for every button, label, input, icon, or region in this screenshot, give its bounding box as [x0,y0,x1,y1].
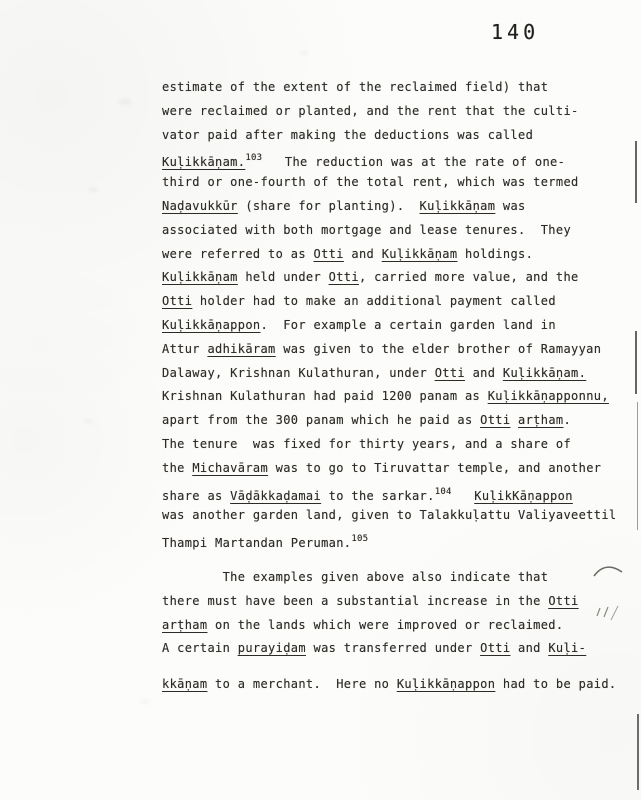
text-run: share as [162,489,230,503]
text-run: had to be paid. [495,677,616,691]
text-line: The examples given above also indicate t… [162,566,617,590]
text-line: were reclaimed or planted, and the rent … [162,100,617,124]
scan-edge-line [637,402,638,530]
text-line: the Michavāram was to go to Tiruvattar t… [162,457,617,481]
scan-smudge [88,188,98,191]
text-line: estimate of the extent of the reclaimed … [162,76,617,100]
text-run: Thampi Martandan Peruman. [162,536,351,550]
text-run: , carried more value, and the [359,270,579,284]
text-line: vator paid after making the deductions w… [162,124,617,148]
footnote-ref: 105 [351,534,368,544]
underlined-term: Otti [162,294,192,308]
text-line: The tenure was fixed for thirty years, a… [162,433,617,457]
text-line: Naḍavukkūr (share for planting). Kuḷikkā… [162,195,617,219]
underlined-term: arṭham [162,618,207,632]
text-run: on the lands which were improved or recl… [207,618,563,632]
scan-edge-line [635,141,637,203]
text-run: vator paid after making the deductions w… [162,128,533,142]
scan-smudge [300,52,308,55]
paragraph: The examples given above also indicate t… [162,566,617,661]
text-line: Kuḷikkāṇam held under Otti, carried more… [162,266,617,290]
text-line: Dalaway, Krishnan Kulathuran, under Otti… [162,362,617,386]
text-line: associated with both mortgage and lease … [162,219,617,243]
scan-edge-line [635,331,637,394]
paragraph: kkāṇam to a merchant. Here no Kuḷikkāṇap… [162,673,617,697]
text-run: was to go to Tiruvattar temple, and anot… [268,461,601,475]
text-line: Attur adhikāram was given to the elder b… [162,338,617,362]
underlined-term: Naḍavukkūr [162,199,238,213]
text-run: Krishnan Kulathuran had paid 1200 panam … [162,389,488,403]
underlined-term: Kuḷikkāṇam [162,270,238,284]
text-run: to a merchant. Here no [207,677,396,691]
scanned-document-page: 140 estimate of the extent of the reclai… [0,0,641,800]
text-run: third or one-fourth of the total rent, w… [162,175,579,189]
text-line: Thampi Martandan Peruman.105 [162,528,617,552]
text-line: Kuḷikkāṇappon. For example a certain gar… [162,314,617,338]
underlined-term: adhikāram [207,342,275,356]
text-line: apart from the 300 panam which he paid a… [162,409,617,433]
text-line: Krishnan Kulathuran had paid 1200 panam … [162,385,617,409]
underlined-term: Otti [329,270,359,284]
text-line: was another garden land, given to Talakk… [162,504,617,528]
text-run: and [510,641,548,655]
underlined-term: Otti [480,641,510,655]
text-run: The reduction was at the rate of one- [262,155,565,169]
text-line: there must have been a substantial incre… [162,590,617,614]
text-run: Dalaway, Krishnan Kulathuran, under [162,366,435,380]
paragraph: estimate of the extent of the reclaimed … [162,76,617,552]
text-run: there must have been a substantial incre… [162,594,548,608]
text-run: to the sarkar. [321,489,435,503]
scan-smudge [140,700,150,703]
text-run: The examples given above also indicate t… [162,570,548,584]
text-run: held under [238,270,329,284]
text-run: and [465,366,503,380]
underlined-term: Otti [314,247,344,261]
underlined-term: Kuḷikkāṇappon [397,677,495,691]
underlined-term: Otti [548,594,578,608]
scan-edge-line [637,714,639,790]
text-run: was [495,199,525,213]
scan-smudge [84,420,93,423]
pen-mark-ticks [596,604,622,624]
underlined-term: Otti [480,413,510,427]
text-line: Kuḷikkāṇam.103 The reduction was at the … [162,147,617,171]
text-line: arṭham on the lands which were improved … [162,614,617,638]
text-run [452,489,475,503]
underlined-term: Kuḷikkāṇam. [503,366,586,380]
underlined-term: KuḷikKāṇappon [474,489,572,503]
underlined-term: purayiḍam [238,641,306,655]
underlined-term: Kuḷikkāṇapponnu, [488,389,609,403]
text-run: was given to the elder brother of Ramayy… [276,342,602,356]
text-run: was another garden land, given to Talakk… [162,508,616,522]
footnote-ref: 104 [435,487,452,497]
text-run: were reclaimed or planted, and the rent … [162,104,579,118]
text-run: . For example a certain garden land in [260,318,555,332]
pen-mark-curve [592,563,624,581]
text-line: share as Vāḍākkaḍamai to the sarkar.104 … [162,481,617,505]
text-run: the [162,461,192,475]
text-run: Attur [162,342,207,356]
scan-smudge [118,100,132,104]
text-run [510,413,518,427]
text-run: estimate of the extent of the reclaimed … [162,80,548,94]
underlined-term: Kuḷi- [548,641,586,655]
text-run: and [344,247,382,261]
underlined-term: Vāḍākkaḍamai [230,489,321,503]
underlined-term: arṭham [518,413,563,427]
text-line: kkāṇam to a merchant. Here no Kuḷikkāṇap… [162,673,617,697]
text-run: was transferred under [306,641,480,655]
text-line: third or one-fourth of the total rent, w… [162,171,617,195]
text-run: were referred to as [162,247,314,261]
underlined-term: Otti [435,366,465,380]
text-run: A certain [162,641,238,655]
underlined-term: Michavāram [192,461,268,475]
text-run: apart from the 300 panam which he paid a… [162,413,480,427]
underlined-term: Kuḷikkāṇam [382,247,458,261]
text-line: were referred to as Otti and Kuḷikkāṇam … [162,243,617,267]
text-line: Otti holder had to make an additional pa… [162,290,617,314]
text-run: associated with both mortgage and lease … [162,223,571,237]
text-run: The tenure was fixed for thirty years, a… [162,437,571,451]
underlined-term: Kuḷikkāṇam. [162,155,245,169]
footnote-ref: 103 [245,153,262,163]
text-run: . [563,413,571,427]
underlined-term: Kuḷikkāṇappon [162,318,260,332]
text-run: holder had to make an additional payment… [192,294,556,308]
page-body: estimate of the extent of the reclaimed … [162,76,617,697]
underlined-term: Kuḷikkāṇam [420,199,496,213]
text-line: A certain purayiḍam was transferred unde… [162,637,617,661]
text-run: (share for planting). [238,199,420,213]
underlined-term: kkāṇam [162,677,207,691]
text-run: holdings. [457,247,533,261]
page-number: 140 [491,20,539,44]
